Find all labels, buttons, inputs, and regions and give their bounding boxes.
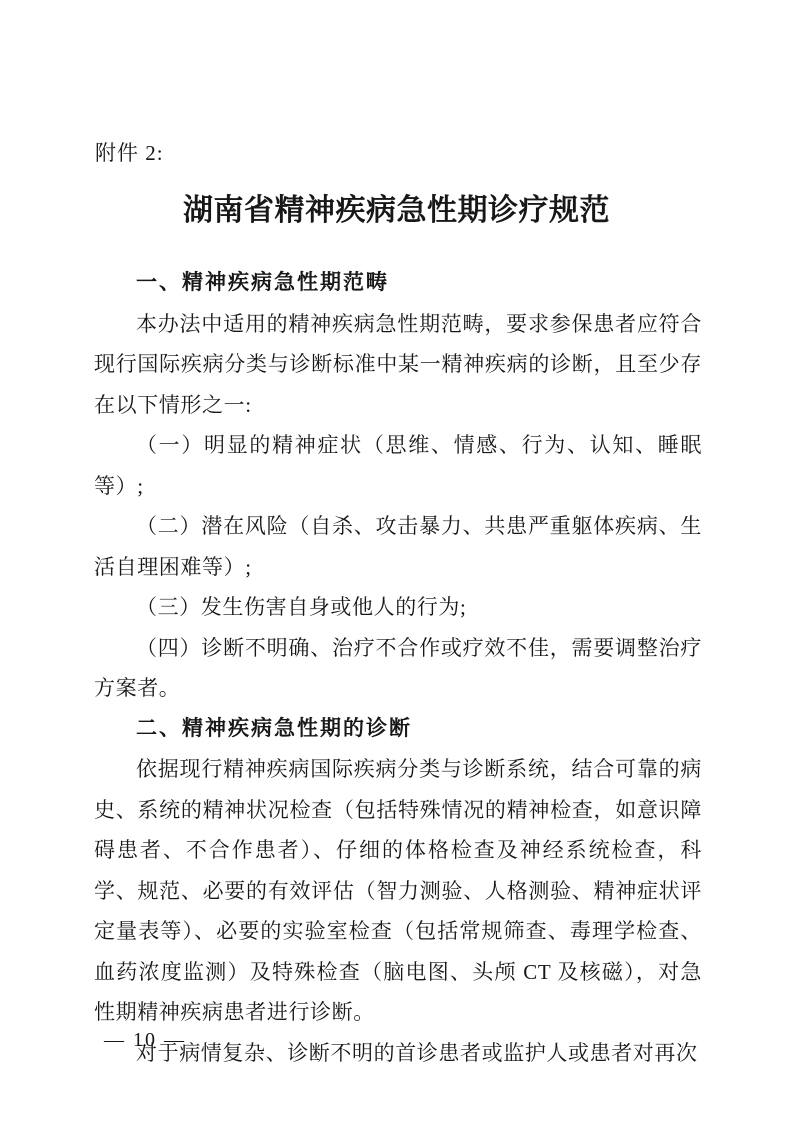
scope-list-item-4: （四）诊断不明确、治疗不合作或疗效不佳，需要调整治疗方案者。 (94, 628, 702, 709)
diagnosis-paragraph-1: 依据现行精神疾病国际疾病分类与诊断系统，结合可靠的病史、系统的精神状况检查（包括… (94, 749, 702, 1033)
scope-intro-paragraph: 本办法中适用的精神疾病急性期范畴，要求参保患者应符合现行国际疾病分类与诊断标准中… (94, 304, 702, 426)
document-body: 一、精神疾病急性期范畴 本办法中适用的精神疾病急性期范畴，要求参保患者应符合现行… (94, 263, 702, 1073)
scope-list-item-2: （二）潜在风险（自杀、攻击暴力、共患严重躯体疾病、生活自理困难等）; (94, 506, 702, 587)
section-heading-diagnosis: 二、精神疾病急性期的诊断 (94, 709, 702, 750)
attachment-label: 附件 2: (95, 139, 164, 167)
section-heading-scope: 一、精神疾病急性期范畴 (94, 263, 702, 304)
document-page: 附件 2: 湖南省精神疾病急性期诊疗规范 一、精神疾病急性期范畴 本办法中适用的… (0, 0, 793, 1122)
page-number: — 10 — (104, 1026, 186, 1054)
scope-list-item-1: （一）明显的精神症状（思维、情感、行为、认知、睡眠等）; (94, 425, 702, 506)
scope-list-item-3: （三）发生伤害自身或他人的行为; (94, 587, 702, 628)
document-title: 湖南省精神疾病急性期诊疗规范 (0, 190, 793, 232)
